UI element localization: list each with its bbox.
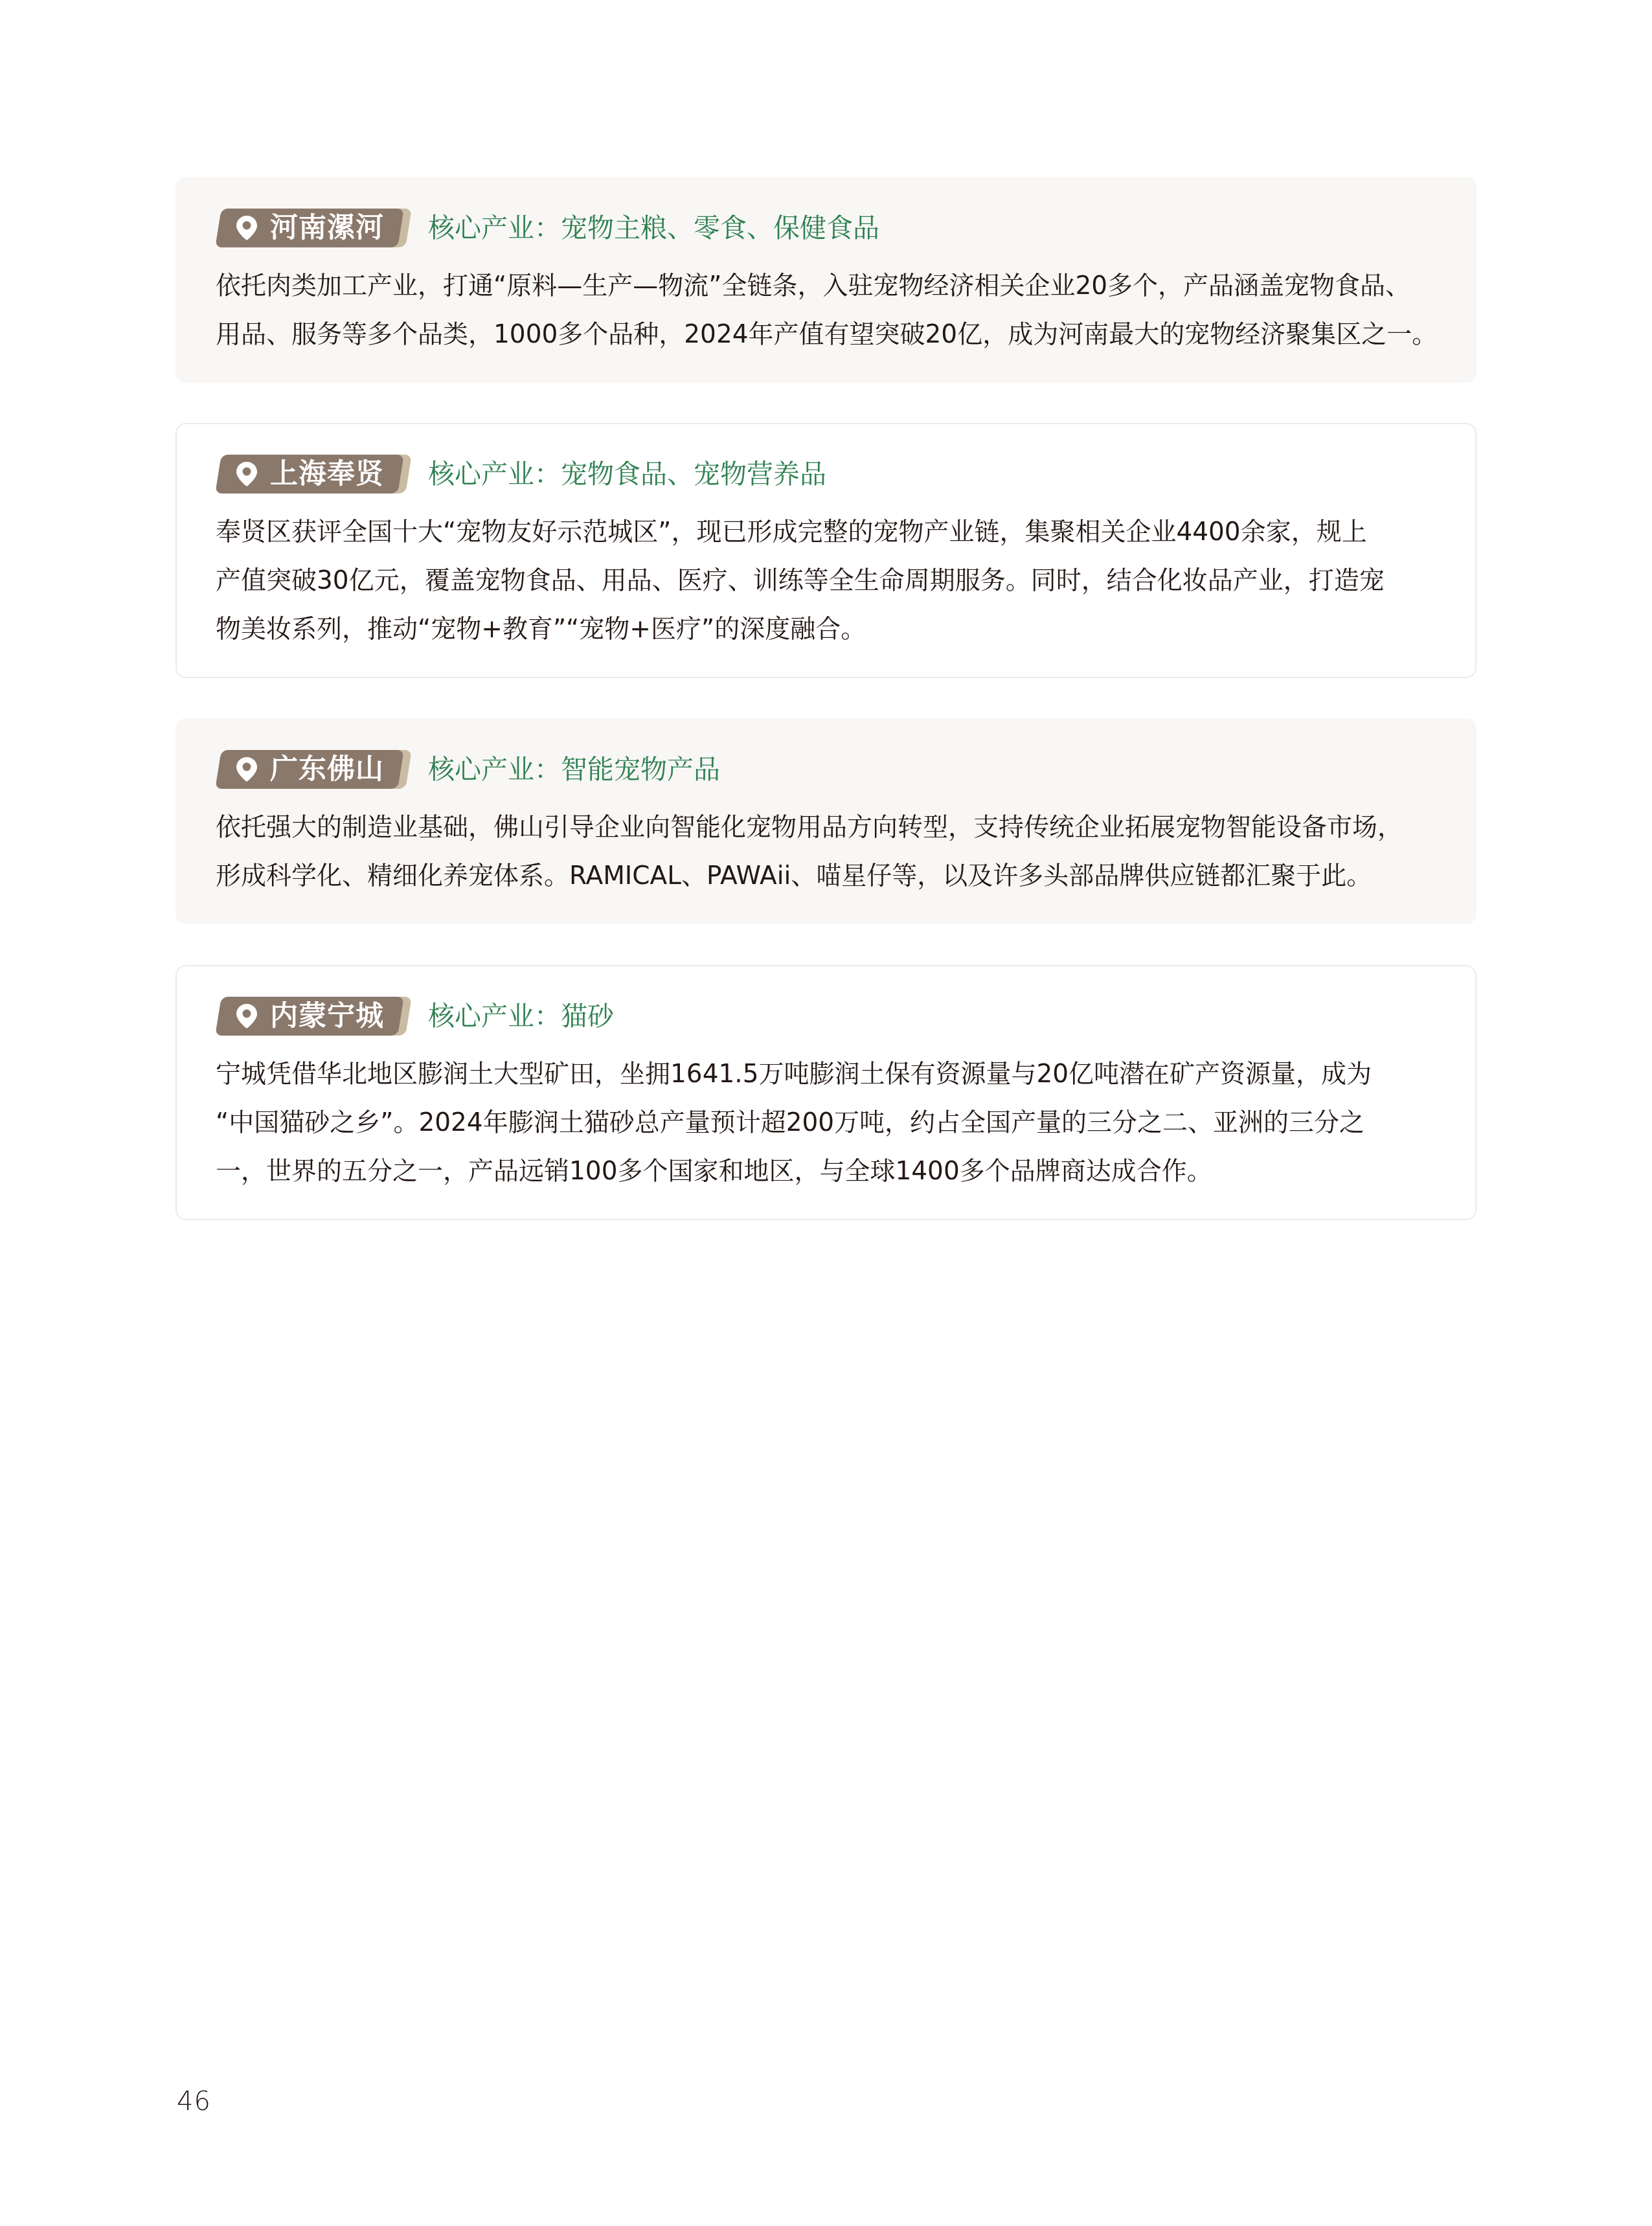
location-tag: 上海奉贤: [216, 455, 405, 494]
card-description: 依托强大的制造业基础，佛山引导企业向智能化宠物用品方向转型，支持传统企业拓展宠物…: [216, 803, 1440, 900]
location-name: 上海奉贤: [270, 455, 384, 494]
card-description: 宁城凭借华北地区膨润土大型矿田，坐拥1641.5万吨膨润土保有资源量与20亿吨潜…: [216, 1050, 1440, 1196]
core-industry: 核心产业：智能宠物产品: [428, 750, 720, 789]
page-number: 46: [177, 2087, 211, 2117]
location-name: 河南漯河: [270, 209, 384, 247]
location-tag: 内蒙宁城: [216, 997, 405, 1036]
card-header: 广东佛山 核心产业：智能宠物产品: [216, 750, 720, 789]
region-card-luohe: 河南漯河 核心产业：宠物主粮、零食、保健食品 依托肉类加工产业，打通“原料—生产…: [175, 177, 1477, 383]
card-description: 奉贤区获评全国十大“宠物友好示范城区”，现已形成完整的宠物产业链，集聚相关企业4…: [216, 508, 1440, 653]
tag-content: 上海奉贤: [235, 455, 384, 494]
core-industry: 核心产业：宠物主粮、零食、保健食品: [428, 209, 879, 247]
description-line: 一，世界的五分之一，产品远销100多个国家和地区，与全球1400多个品牌商达成合…: [216, 1147, 1440, 1196]
description-line: 物美妆系列，推动“宠物+教育”“宠物+医疗”的深度融合。: [216, 605, 1440, 653]
tag-content: 广东佛山: [235, 750, 384, 789]
region-card-fengxian: 上海奉贤 核心产业：宠物食品、宠物营养品 奉贤区获评全国十大“宠物友好示范城区”…: [175, 423, 1477, 678]
description-line: 形成科学化、精细化养宠体系。RAMICAL、PAWAii、喵星仔等，以及许多头部…: [216, 852, 1440, 900]
card-description: 依托肉类加工产业，打通“原料—生产—物流”全链条，入驻宠物经济相关企业20多个，…: [216, 262, 1440, 359]
description-line: “中国猫砂之乡”。2024年膨润土猫砂总产量预计超200万吨，约占全国产量的三分…: [216, 1098, 1440, 1147]
core-industry: 核心产业：猫砂: [428, 997, 614, 1036]
location-pin-icon: [235, 756, 258, 782]
card-header: 河南漯河 核心产业：宠物主粮、零食、保健食品: [216, 209, 879, 247]
card-header: 内蒙宁城 核心产业：猫砂: [216, 997, 614, 1036]
location-pin-icon: [235, 1003, 258, 1029]
location-pin-icon: [235, 215, 258, 241]
core-industry: 核心产业：宠物食品、宠物营养品: [428, 455, 826, 494]
tag-content: 内蒙宁城: [235, 997, 384, 1036]
description-line: 依托肉类加工产业，打通“原料—生产—物流”全链条，入驻宠物经济相关企业20多个，…: [216, 262, 1440, 310]
tag-content: 河南漯河: [235, 209, 384, 247]
location-name: 内蒙宁城: [270, 997, 384, 1036]
region-card-ningcheng: 内蒙宁城 核心产业：猫砂 宁城凭借华北地区膨润土大型矿田，坐拥1641.5万吨膨…: [175, 965, 1477, 1220]
location-name: 广东佛山: [270, 750, 384, 789]
location-tag: 广东佛山: [216, 750, 405, 789]
location-tag: 河南漯河: [216, 209, 405, 247]
description-line: 奉贤区获评全国十大“宠物友好示范城区”，现已形成完整的宠物产业链，集聚相关企业4…: [216, 508, 1440, 556]
region-card-foshan: 广东佛山 核心产业：智能宠物产品 依托强大的制造业基础，佛山引导企业向智能化宠物…: [175, 718, 1477, 924]
description-line: 依托强大的制造业基础，佛山引导企业向智能化宠物用品方向转型，支持传统企业拓展宠物…: [216, 803, 1440, 852]
description-line: 产值突破30亿元，覆盖宠物食品、用品、医疗、训练等全生命周期服务。同时，结合化妆…: [216, 556, 1440, 605]
description-line: 用品、服务等多个品类，1000多个品种，2024年产值有望突破20亿，成为河南最…: [216, 310, 1440, 359]
location-pin-icon: [235, 461, 258, 487]
description-line: 宁城凭借华北地区膨润土大型矿田，坐拥1641.5万吨膨润土保有资源量与20亿吨潜…: [216, 1050, 1440, 1098]
card-header: 上海奉贤 核心产业：宠物食品、宠物营养品: [216, 455, 826, 494]
